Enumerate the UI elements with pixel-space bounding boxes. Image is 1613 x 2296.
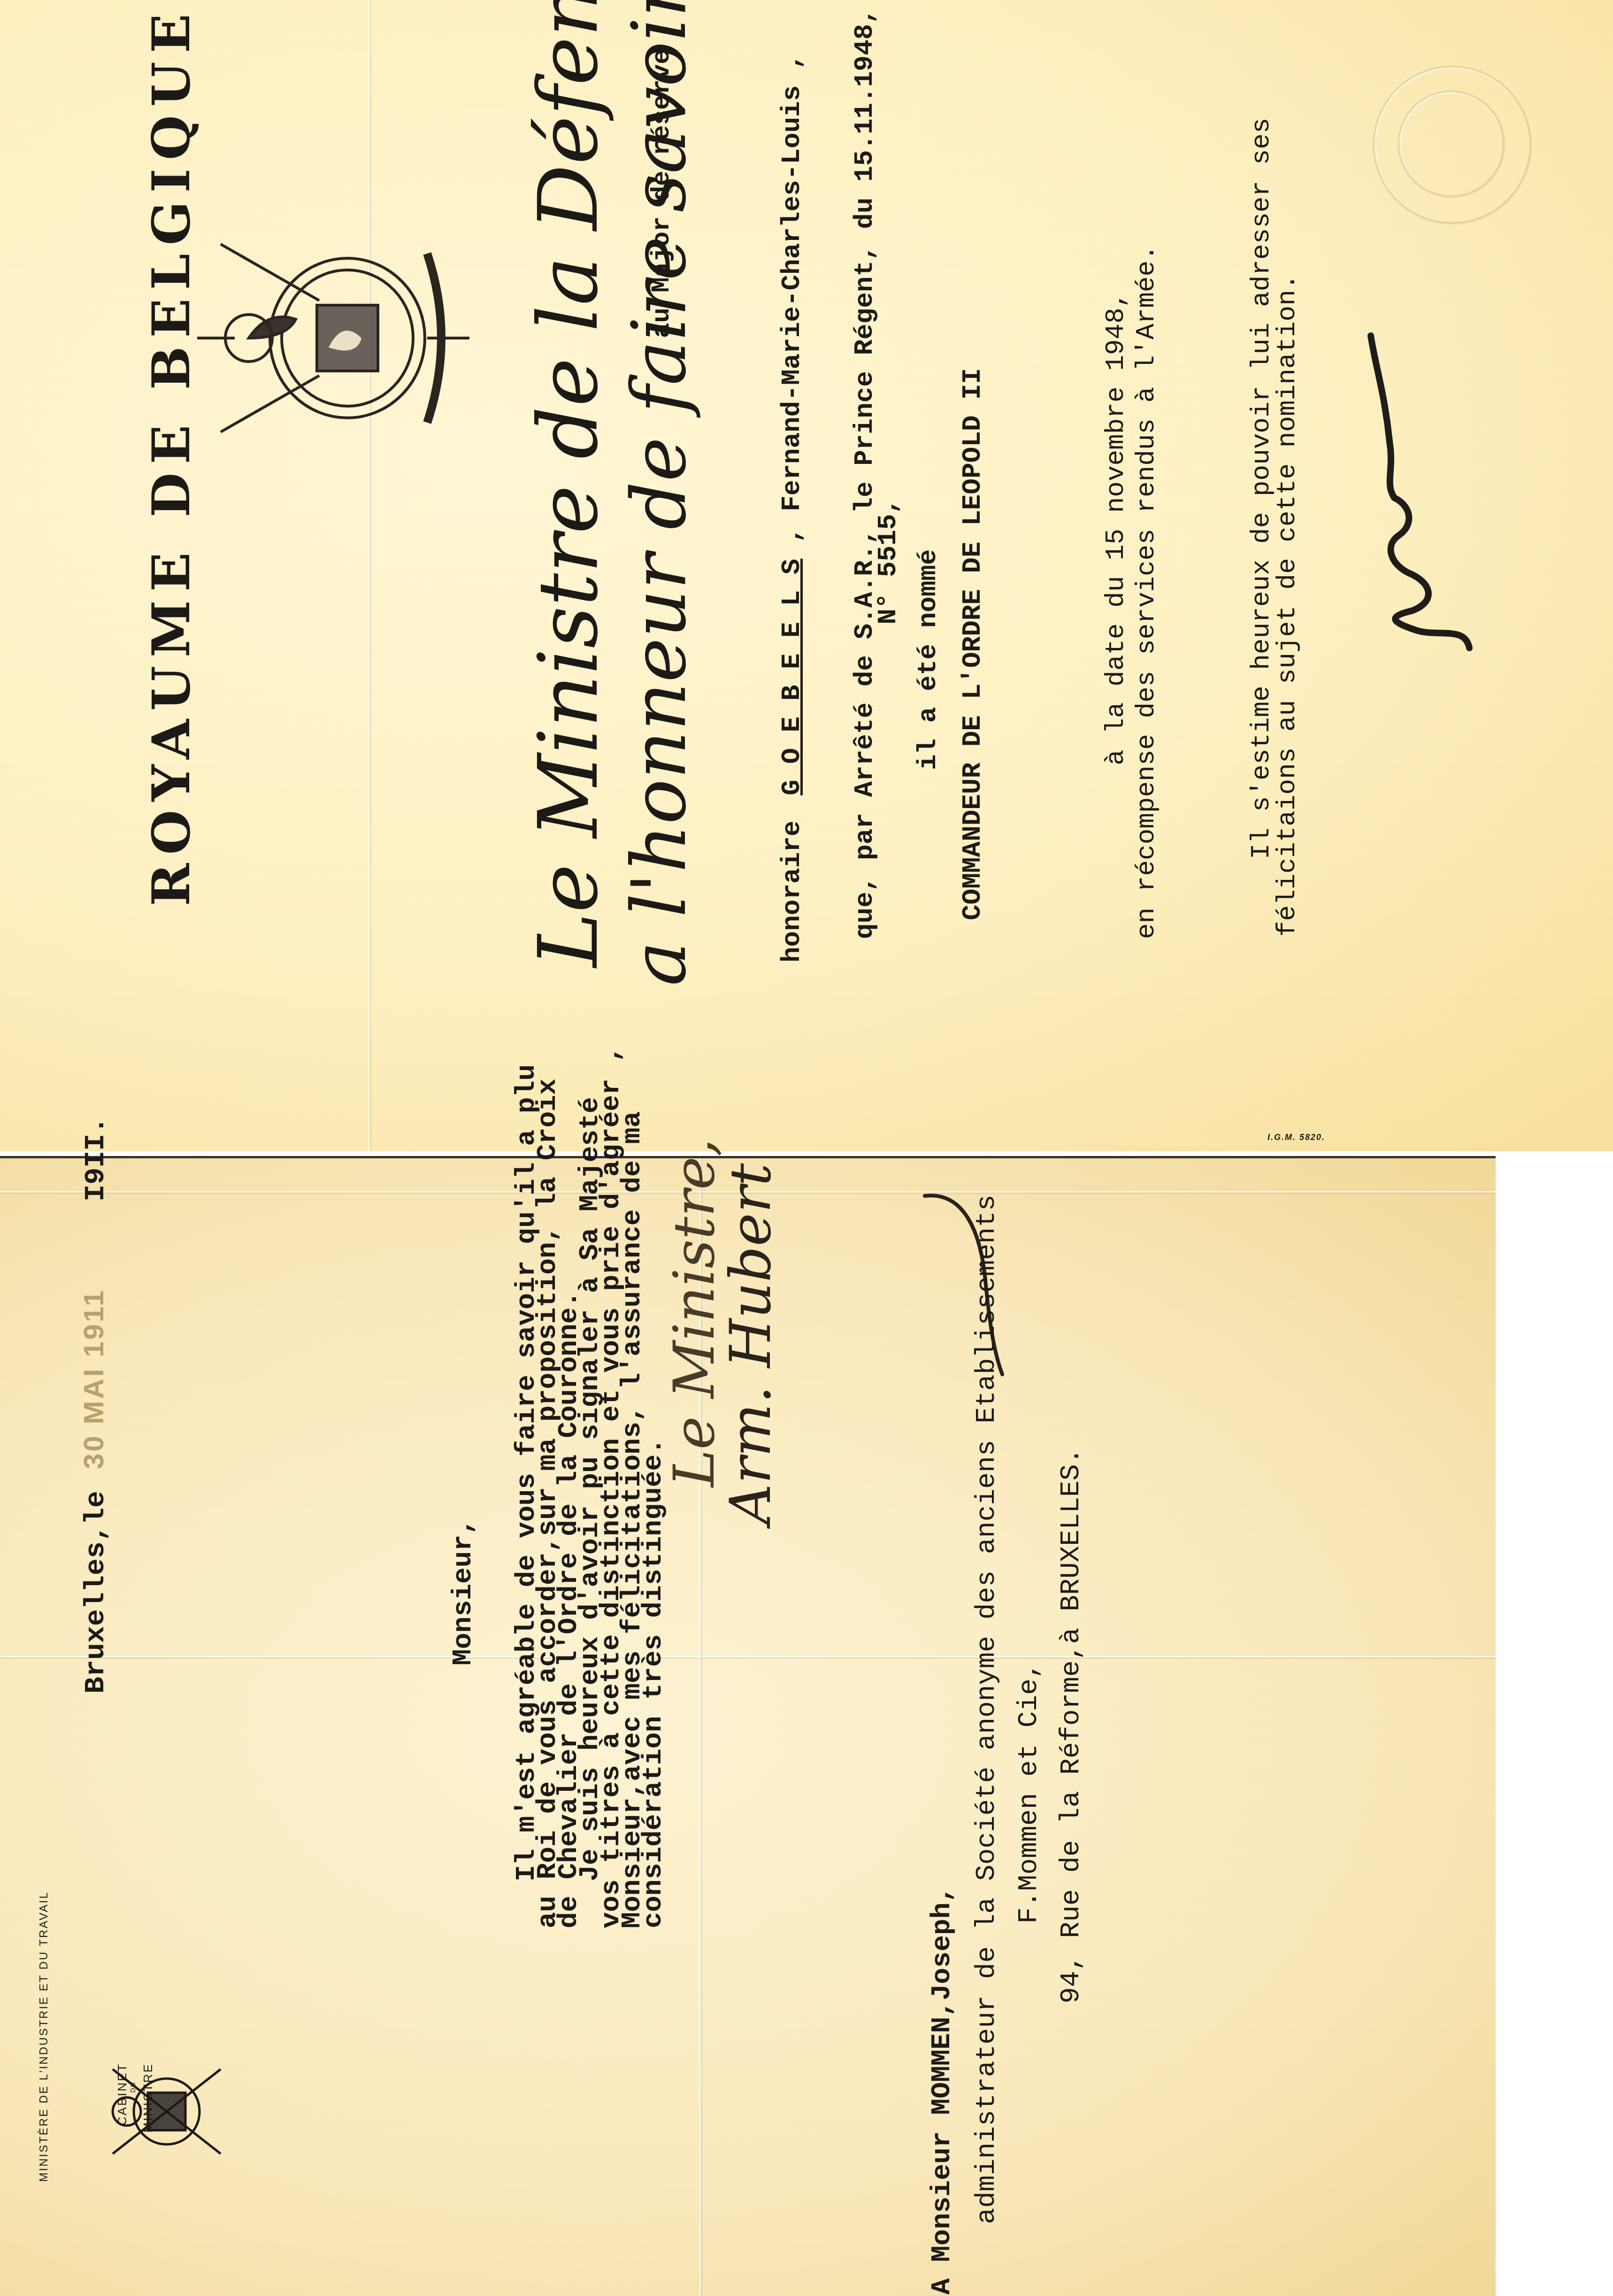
decree-number: N° 5515, <box>873 498 903 624</box>
addressee-company: F.Mommen et Cie, <box>1014 1662 1045 1924</box>
decree-line: que, par Arrêté de S.A.R., le Prince Rég… <box>850 8 880 939</box>
salutation: Monsieur, <box>448 1518 479 1665</box>
name-line: honoraire G O E B E E L S , Fernand-Mari… <box>777 54 807 963</box>
rank-suffix: au Major de réserve <box>648 49 676 338</box>
given-names: , Fernand-Marie-Charles-Louis , <box>777 54 807 543</box>
reason-line: en récompense des services rendus à l'Ar… <box>1131 245 1161 939</box>
ministry-crest-icon <box>89 2032 244 2182</box>
addressee-address: 94, Rue de la Réforme,à BRUXELLES. <box>1056 1448 1087 2003</box>
signature-1948 <box>1357 329 1488 657</box>
document-1948-certificate: ROYAUME DE BELGIQUE Le Ministre de la Dé… <box>0 0 1613 1151</box>
signature-hubert: Arm. Hubert <box>718 1163 783 1525</box>
cabinet-line-2: DU <box>129 2081 137 2093</box>
surname: G O E B E E L S <box>777 559 807 795</box>
document-1911-letter: MINISTÈRE DE L'INDUSTRIE ET DU TRAVAIL C… <box>0 1156 1496 2296</box>
handwritten-closing: Le Ministre, <box>662 1139 727 1487</box>
addressee-role: administrateur de la Société anonyme des… <box>972 1194 1002 2224</box>
belgian-coat-of-arms-icon <box>192 197 474 479</box>
title-ministre-defense-nationale: Le Ministre de la Défense Nationale <box>521 0 616 967</box>
body-line: considération très distinguée. <box>638 1438 669 1928</box>
effective-date: à la date du 15 novembre 1948, <box>1101 292 1131 765</box>
place-date-prefix: Bruxelles,le <box>80 1491 112 1694</box>
year: I9II. <box>80 1117 112 1202</box>
printer-mark: I.G.M. 5820. <box>1267 1133 1325 1142</box>
appointed-text: il a été nommé <box>913 549 943 770</box>
addressee-name: A Monsieur MOMMEN,Joseph, <box>927 1886 958 2295</box>
letterhead-ministry: MINISTÈRE DE L'INDUSTRIE ET DU TRAVAIL <box>38 1891 51 2182</box>
cabinet-line-1: CABINET <box>115 2063 130 2126</box>
date-stamp: 30 MAI 1911 <box>78 1289 109 1469</box>
congrats-line-2: félicitaions au sujet de cette nominatio… <box>1272 274 1302 937</box>
fold-line <box>0 1656 1496 1657</box>
embossed-seal <box>1373 66 1531 223</box>
cabinet-line-3: MINISTRE <box>141 2063 155 2133</box>
date-line: Bruxelles,le 30 MAI 1911 I9II. <box>77 1117 112 1694</box>
name-prefix: honoraire <box>777 821 807 963</box>
fold-line <box>369 0 370 1151</box>
order-title: COMMANDEUR DE L'ORDRE DE LEOPOLD II <box>958 368 988 920</box>
